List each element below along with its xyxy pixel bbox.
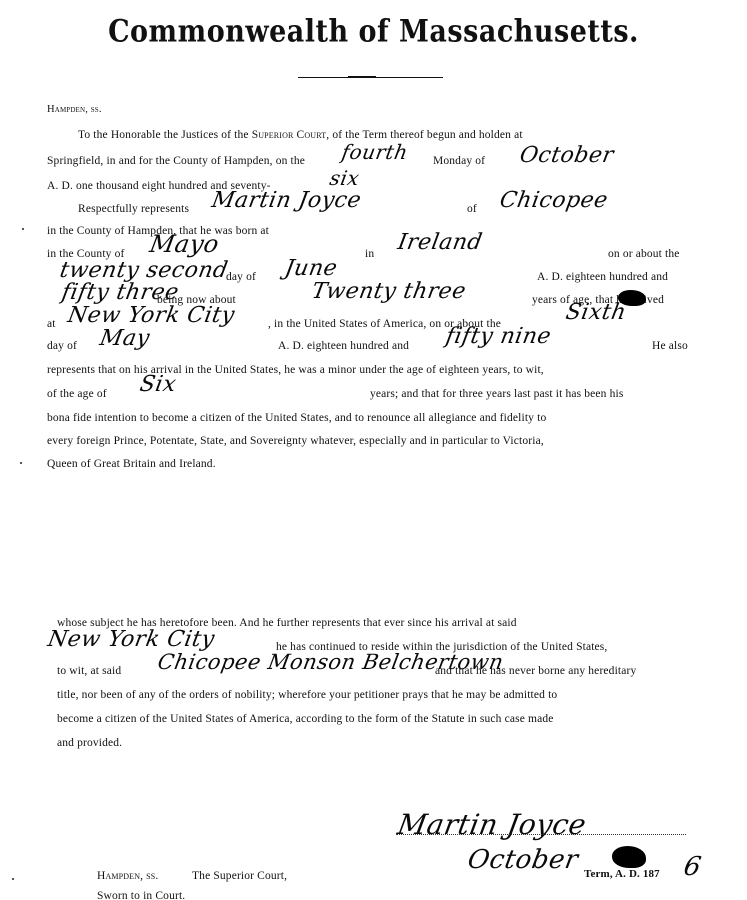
hw-monday-ordinal: fourth bbox=[340, 140, 410, 164]
footer-sworn: Sworn to in Court. bbox=[97, 890, 185, 900]
line-7a: day of bbox=[226, 271, 256, 283]
line-18a: to wit, at said bbox=[57, 665, 121, 677]
line-20: become a citizen of the United States of… bbox=[57, 713, 554, 725]
line-12b: years; and that for three years last pas… bbox=[370, 388, 623, 400]
line-6b: in bbox=[365, 248, 374, 260]
hw-birth-country: Ireland bbox=[396, 230, 485, 255]
line-10b: A. D. eighteen hundred and bbox=[278, 340, 409, 352]
line-9a: at bbox=[47, 318, 56, 330]
hw-term-month: October bbox=[465, 845, 580, 875]
line-2b: Monday of bbox=[433, 155, 485, 167]
line-11: represents that on his arrival in the Un… bbox=[47, 364, 544, 376]
line-10c: He also bbox=[652, 340, 688, 352]
ink-blot-signature bbox=[612, 846, 646, 868]
line-21: and provided. bbox=[57, 737, 122, 749]
line-18b: and that he has never borne any heredita… bbox=[435, 665, 636, 677]
naturalization-petition-page: Commonwealth of Massachusetts. Hampden, … bbox=[0, 0, 747, 900]
county-header: Hampden, ss. bbox=[47, 104, 102, 115]
line-13: bona fide intention to become a citizen … bbox=[47, 412, 546, 424]
line-4a: Respectfully represents bbox=[78, 203, 189, 215]
line-12a: of the age of bbox=[47, 388, 107, 400]
hw-year-suffix: six bbox=[328, 166, 362, 190]
line-2a: Springfield, in and for the County of Ha… bbox=[47, 155, 305, 167]
paper-speck bbox=[12, 878, 14, 880]
line-1: To the Honorable the Justices of the Sup… bbox=[78, 129, 523, 141]
hw-residence-city: New York City bbox=[46, 627, 217, 652]
line-4b: of bbox=[467, 203, 477, 215]
paper-speck bbox=[20, 462, 22, 464]
hw-residence: Chicopee bbox=[498, 188, 610, 213]
hw-arrival-city: New York City bbox=[66, 303, 237, 328]
line-1-text: To the Honorable the Justices of the bbox=[78, 129, 249, 141]
signature-line bbox=[396, 834, 686, 835]
title-divider-ornament bbox=[348, 76, 376, 78]
hw-birth-month: June bbox=[283, 256, 340, 281]
paper-speck bbox=[22, 228, 24, 230]
term-label: Term, A. D. 187 bbox=[584, 868, 660, 880]
line-19: title, nor been of any of the orders of … bbox=[57, 689, 557, 701]
footer-court: The Superior Court, bbox=[192, 870, 287, 882]
hw-age-at-arrival: Six bbox=[138, 372, 178, 397]
hw-term-year-digit: 6 bbox=[681, 852, 703, 882]
document-title: Commonwealth of Massachusetts. bbox=[0, 14, 747, 50]
footer-county: Hampden, ss. bbox=[97, 870, 158, 882]
line-14: every foreign Prince, Potentate, State, … bbox=[47, 435, 544, 447]
hw-petitioner-name: Martin Joyce bbox=[210, 188, 363, 213]
hw-current-age: Twenty three bbox=[310, 279, 468, 304]
court-name: Superior Court bbox=[252, 129, 327, 141]
hw-signature: Martin Joyce bbox=[395, 808, 589, 841]
hw-arrival-year: fifty nine bbox=[444, 324, 553, 349]
line-15: Queen of Great Britain and Ireland. bbox=[47, 458, 216, 470]
hw-arrival-month: May bbox=[98, 326, 152, 351]
hw-arrival-day: Sixth bbox=[564, 300, 628, 325]
hw-birth-county: Mayo bbox=[148, 230, 222, 258]
line-10a: day of bbox=[47, 340, 77, 352]
line-7b: A. D. eighteen hundred and bbox=[537, 271, 668, 283]
hw-month: October bbox=[518, 143, 616, 168]
line-6c: on or about the bbox=[608, 248, 680, 260]
